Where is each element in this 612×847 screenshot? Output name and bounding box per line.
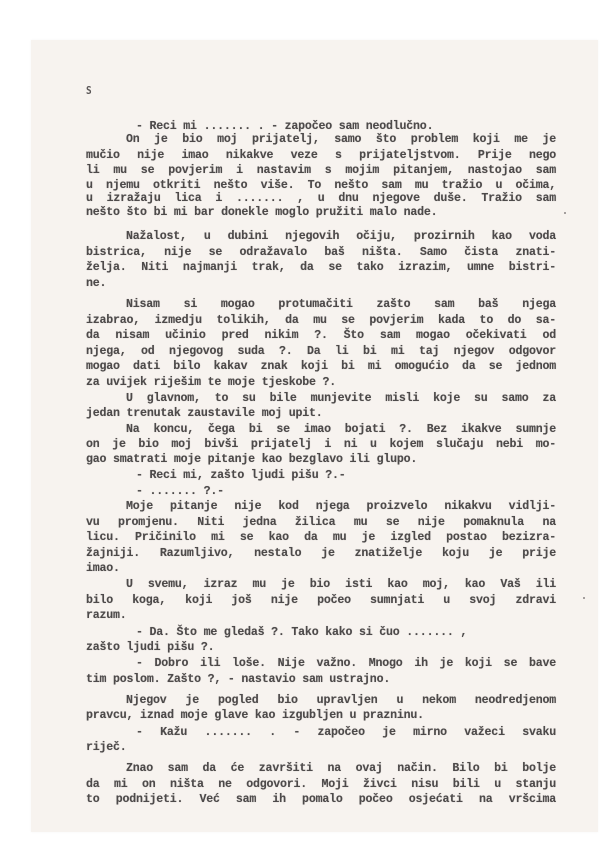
text-line: li mu se povjerim i nastavim s mojim pit…	[86, 164, 556, 178]
text-line: da nisam učinio pred nikim ?. Što sam mo…	[86, 329, 556, 343]
text-line: to podnijeti. Već sam ih pomalo počeo os…	[86, 793, 556, 807]
stray-mark	[583, 597, 585, 599]
text-line: Moje pitanje nije kod njega proizvelo ni…	[86, 500, 556, 514]
text-line: vu promjenu. Niti jedna žilica mu se nij…	[86, 516, 556, 530]
text-line: izabrao, izmedju tolikih, da mu se povje…	[86, 314, 556, 328]
page-number: S	[86, 84, 92, 97]
text-line: Znao sam da će završiti na ovaj način. B…	[86, 762, 556, 776]
text-line: bilo koga, koji još nije počeo sumnjati …	[86, 594, 556, 608]
text-line: Na koncu, čega bi se imao bojati ?. Bez …	[86, 423, 556, 437]
text-line: nešto što bi mi bar donekle moglo pružit…	[86, 206, 556, 220]
text-line: - Da. Što me gledaš ?. Tako kako si čuo …	[86, 626, 556, 640]
text-line: Njegov je pogled bio upravljen u nekom n…	[86, 694, 556, 708]
text-line: gao smatrati moje pitanje kao bezglavo i…	[86, 453, 556, 467]
text-line: - Reci mi ....... . - započeo sam neodlu…	[86, 120, 556, 134]
text-line: u izražaju lica i ....... , u dnu njegov…	[86, 192, 556, 206]
text-line: njega, od njegovog suda ?. Da li bi mi t…	[86, 345, 556, 359]
text-line: za uvijek riješim te moje tjeskobe ?.	[86, 376, 556, 390]
text-line: pravcu, iznad moje glave kao izgubljen u…	[86, 709, 556, 723]
text-line: - Kažu ....... . - započeo je mirno važe…	[86, 726, 556, 740]
text-line: U glavnom, to su bile munjevite misli ko…	[86, 392, 556, 406]
text-line: razum.	[86, 609, 556, 623]
text-line: - Dobro ili loše. Nije važno. Mnogo ih j…	[86, 657, 556, 671]
text-line: Nažalost, u dubini njegovih očiju, prozi…	[86, 230, 556, 244]
text-line: ne.	[86, 277, 556, 291]
text-line: riječ.	[86, 741, 556, 755]
text-line: on je bio moj bivši prijatelj i ni u koj…	[86, 438, 556, 452]
text-line: u njemu otkriti nešto više. To nešto sam…	[86, 179, 556, 193]
text-line: da mi on ništa ne odgovori. Moji živci n…	[86, 778, 556, 792]
text-line: žajniji. Razumljivo, nestalo je znatižel…	[86, 547, 556, 561]
text-line: U svemu, izraz mu je bio isti kao moj, k…	[86, 578, 556, 592]
text-line: zašto ljudi pišu ?.	[86, 641, 556, 655]
text-line: - Reci mi, zašto ljudi pišu ?.-	[86, 469, 556, 483]
text-line: tim poslom. Zašto ?, - nastavio sam ustr…	[86, 673, 556, 687]
text-line: želja. Niti najmanji trak, da se tako iz…	[86, 261, 556, 275]
text-line: Nisam si mogao protumačiti zašto sam baš…	[86, 298, 556, 312]
text-line: On je bio moj prijatelj, samo što proble…	[86, 133, 556, 147]
text-line: licu. Pričinilo mi se kao da mu je izgle…	[86, 531, 556, 545]
text-line: - ....... ?.-	[86, 485, 556, 499]
text-line: mogao dati bilo kakav znak koji bi mi om…	[86, 360, 556, 374]
text-line: mučio nije imao nikakve veze s prijatelj…	[86, 149, 556, 163]
text-line: imao.	[86, 562, 556, 576]
text-line: bistrica, nije se odražavalo baš ništa. …	[86, 246, 556, 260]
text-line: jedan trenutak zaustavile moj upit.	[86, 407, 556, 421]
stray-mark	[564, 212, 566, 214]
